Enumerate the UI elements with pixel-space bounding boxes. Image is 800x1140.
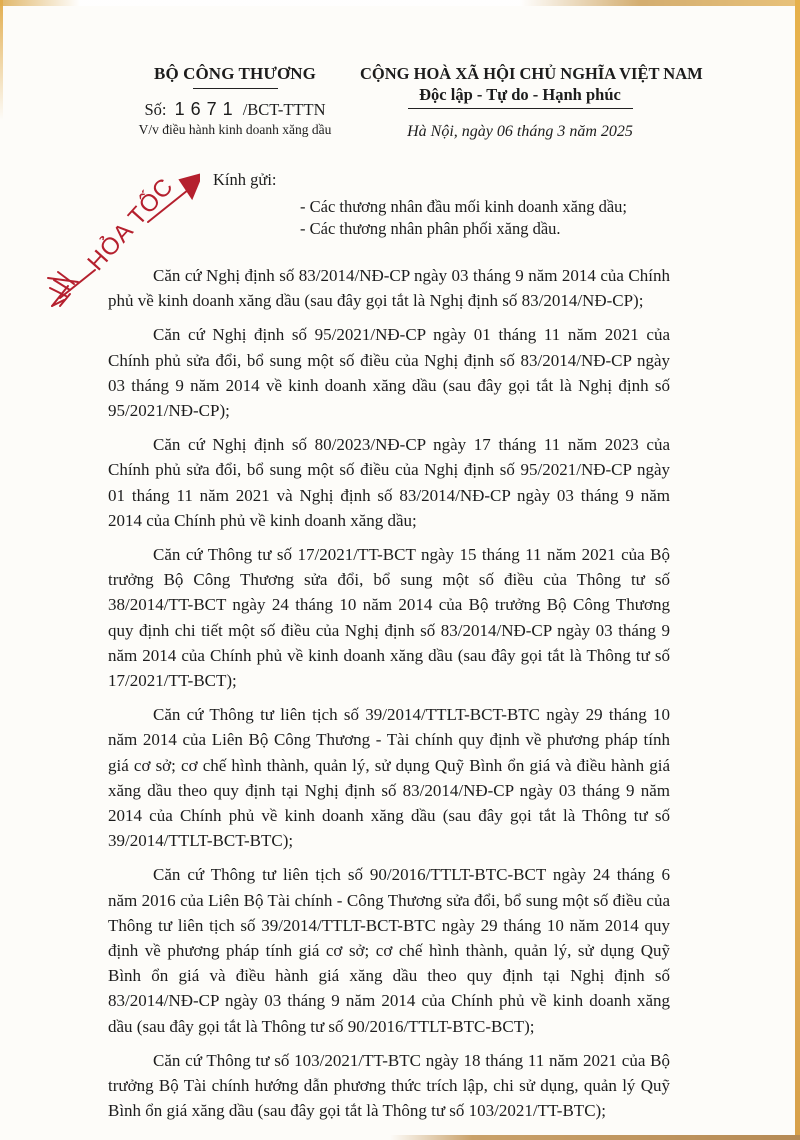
agency-underline xyxy=(193,88,278,89)
national-header-block: CỘNG HOÀ XÃ HỘI CHỦ NGHĨA VIỆT NAM Độc l… xyxy=(360,64,680,141)
legal-basis-paragraph: Căn cứ Nghị định số 83/2014/NĐ-CP ngày 0… xyxy=(108,263,670,313)
document-number: Số: 1671/BCT-TTTN xyxy=(110,99,360,120)
urgent-stamp-text: HỎA TỐC xyxy=(81,171,179,276)
document-body: Căn cứ Nghị định số 83/2014/NĐ-CP ngày 0… xyxy=(108,263,670,1133)
legal-basis-paragraph: Căn cứ Nghị định số 80/2023/NĐ-CP ngày 1… xyxy=(108,432,670,533)
recipients-list: - Các thương nhân đầu mối kinh doanh xăn… xyxy=(213,196,627,240)
legal-basis-paragraph: Căn cứ Thông tư số 103/2021/TT-BTC ngày … xyxy=(108,1048,670,1124)
recipients-greeting: Kính gửi: xyxy=(213,170,627,190)
motto-underline xyxy=(408,108,633,109)
legal-basis-paragraph: Căn cứ Nghị định số 95/2021/NĐ-CP ngày 0… xyxy=(108,322,670,423)
legal-basis-paragraph: Căn cứ Thông tư liên tịch số 90/2016/TTL… xyxy=(108,862,670,1038)
national-motto: Độc lập - Tự do - Hạnh phúc xyxy=(360,85,680,105)
doc-number-suffix: /BCT-TTTN xyxy=(243,100,326,119)
place-date: Hà Nội, ngày 06 tháng 3 năm 2025 xyxy=(360,123,680,141)
recipient-item: - Các thương nhân đầu mối kinh doanh xăn… xyxy=(300,196,627,218)
recipient-item: - Các thương nhân phân phối xăng dầu. xyxy=(300,218,627,240)
national-title: CỘNG HOÀ XÃ HỘI CHỦ NGHĨA VIỆT NAM xyxy=(360,64,680,84)
recipients-block: Kính gửi: - Các thương nhân đầu mối kinh… xyxy=(213,170,627,240)
doc-number-prefix: Số: xyxy=(145,100,167,119)
issuing-agency-block: BỘ CÔNG THƯƠNG Số: 1671/BCT-TTTN V/v điề… xyxy=(110,64,360,138)
legal-basis-paragraph: Căn cứ Thông tư liên tịch số 39/2014/TTL… xyxy=(108,702,670,853)
issuing-agency: BỘ CÔNG THƯƠNG xyxy=(110,64,360,84)
doc-number-value: 1671 xyxy=(175,99,239,119)
document-subject: V/v điều hành kinh doanh xăng dầu xyxy=(110,122,360,138)
document-page: BỘ CÔNG THƯƠNG Số: 1671/BCT-TTTN V/v điề… xyxy=(0,0,800,1140)
legal-basis-paragraph: Căn cứ Thông tư số 17/2021/TT-BCT ngày 1… xyxy=(108,542,670,693)
